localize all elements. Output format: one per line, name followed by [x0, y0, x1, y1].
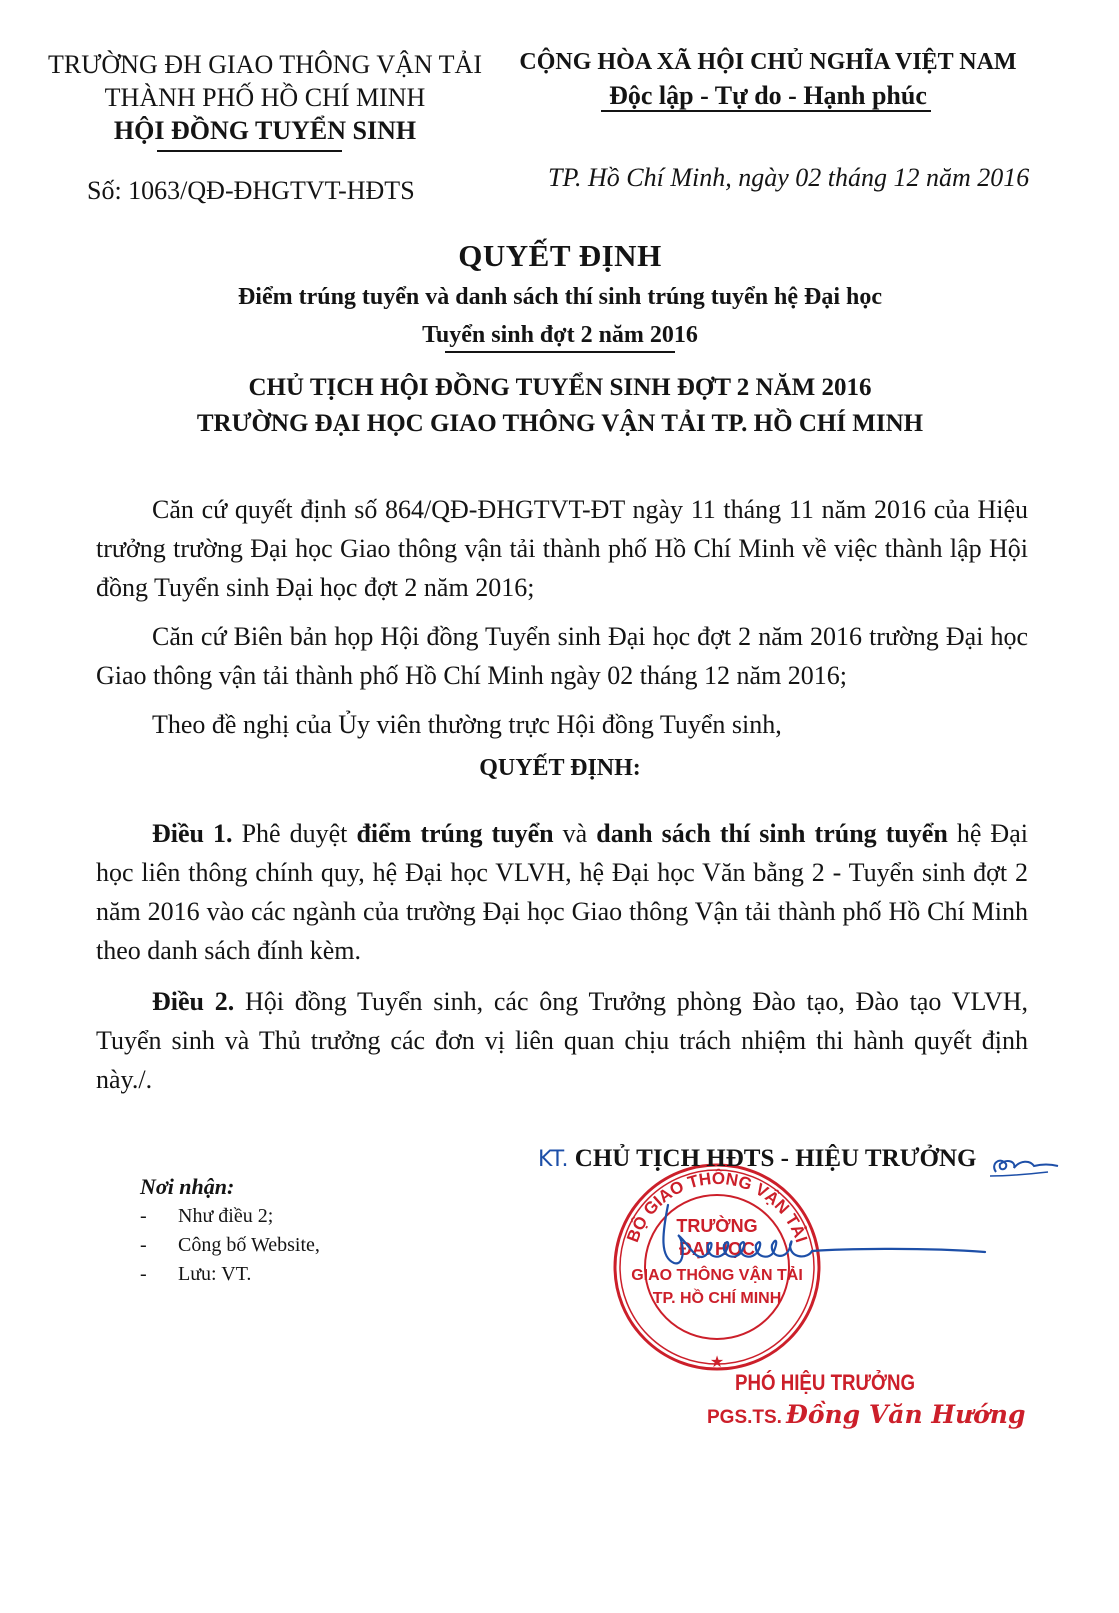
svg-text:TP. HỒ CHÍ MINH: TP. HỒ CHÍ MINH: [653, 1288, 782, 1307]
signer-role: PHÓ HIỆU TRƯỞNG: [735, 1370, 915, 1396]
org-line-2: THÀNH PHỐ HỒ CHÍ MINH: [30, 81, 500, 114]
org-line-1: TRƯỜNG ĐH GIAO THÔNG VẬN TẢI: [30, 48, 500, 81]
authority-line-2: TRƯỜNG ĐẠI HỌC GIAO THÔNG VẬN TẢI TP. HỒ…: [100, 406, 1020, 442]
place-and-date: TP. Hồ Chí Minh, ngày 02 tháng 12 năm 20…: [548, 163, 1029, 193]
header-left-divider: [157, 150, 342, 152]
article-1-body: Phê duyệt điểm trúng tuyển và danh sách …: [96, 819, 1028, 965]
issuing-organization: TRƯỜNG ĐH GIAO THÔNG VẬN TẢI THÀNH PHỐ H…: [30, 48, 500, 147]
recipient-item: -Lưu: VT.: [140, 1260, 320, 1289]
document-title: QUYẾT ĐỊNH: [100, 236, 1020, 276]
initials-icon: [990, 1150, 1060, 1180]
signatory-title: CHỦ TỊCH HĐTS - HIỆU TRƯỞNG: [575, 1145, 977, 1172]
decision-heading: QUYẾT ĐỊNH:: [100, 755, 1020, 782]
authority-line-1: CHỦ TỊCH HỘI ĐỒNG TUYỂN SINH ĐỢT 2 NĂM 2…: [100, 370, 1020, 406]
title-divider: [445, 351, 675, 353]
recipients-label: Nơi nhận:: [140, 1172, 320, 1202]
signer-degree: PGS.TS.: [707, 1407, 782, 1428]
document-subtitle-1: Điểm trúng tuyển và danh sách thí sinh t…: [100, 280, 1020, 314]
preamble-paragraph-2: Căn cứ Biên bản họp Hội đồng Tuyển sinh …: [96, 617, 1028, 695]
nation-line-2: Độc lập - Tự do - Hạnh phúc: [503, 79, 1033, 112]
signer-full-name: Đồng Văn Hướng: [786, 1400, 1026, 1429]
org-line-3: HỘI ĐỒNG TUYỂN SINH: [30, 114, 500, 147]
on-behalf-prefix: KT.: [538, 1147, 569, 1172]
recipients-block: Nơi nhận: -Như điều 2; -Công bố Website,…: [140, 1172, 320, 1289]
document-number: Số: 1063/QĐ-ĐHGTVT-HĐTS: [87, 176, 415, 206]
article-2-label: Điều 2.: [152, 987, 234, 1016]
preamble-paragraph-1: Căn cứ quyết định số 864/QĐ-ĐHGTVT-ĐT ng…: [96, 490, 1028, 607]
star-icon: ★: [710, 1354, 724, 1371]
national-motto: CỘNG HÒA XÃ HỘI CHỦ NGHĨA VIỆT NAM Độc l…: [503, 46, 1033, 112]
nation-line-1: CỘNG HÒA XÃ HỘI CHỦ NGHĨA VIỆT NAM: [503, 46, 1033, 79]
article-1-label: Điều 1.: [152, 819, 233, 848]
article-1: Điều 1. Phê duyệt điểm trúng tuyển và da…: [96, 814, 1028, 970]
signature-title: KT. CHỦ TỊCH HĐTS - HIỆU TRƯỞNG: [538, 1145, 976, 1173]
recipient-item: -Công bố Website,: [140, 1231, 320, 1260]
preamble-paragraph-3: Theo đề nghị của Ủy viên thường trực Hội…: [96, 705, 1028, 744]
signer-name: PGS.TS. Đồng Văn Hướng: [707, 1400, 1025, 1429]
handwritten-signature-icon: [640, 1195, 1000, 1285]
article-2-body: Hội đồng Tuyển sinh, các ông Trưởng phòn…: [96, 987, 1028, 1094]
document-title-block: QUYẾT ĐỊNH Điểm trúng tuyển và danh sách…: [100, 236, 1020, 352]
recipient-item: -Như điều 2;: [140, 1202, 320, 1231]
header-right-divider: [601, 110, 931, 112]
document-subtitle-2: Tuyển sinh đợt 2 năm 2016: [100, 318, 1020, 352]
article-2: Điều 2. Hội đồng Tuyển sinh, các ông Trư…: [96, 982, 1028, 1099]
issuing-authority: CHỦ TỊCH HỘI ĐỒNG TUYỂN SINH ĐỢT 2 NĂM 2…: [100, 370, 1020, 442]
